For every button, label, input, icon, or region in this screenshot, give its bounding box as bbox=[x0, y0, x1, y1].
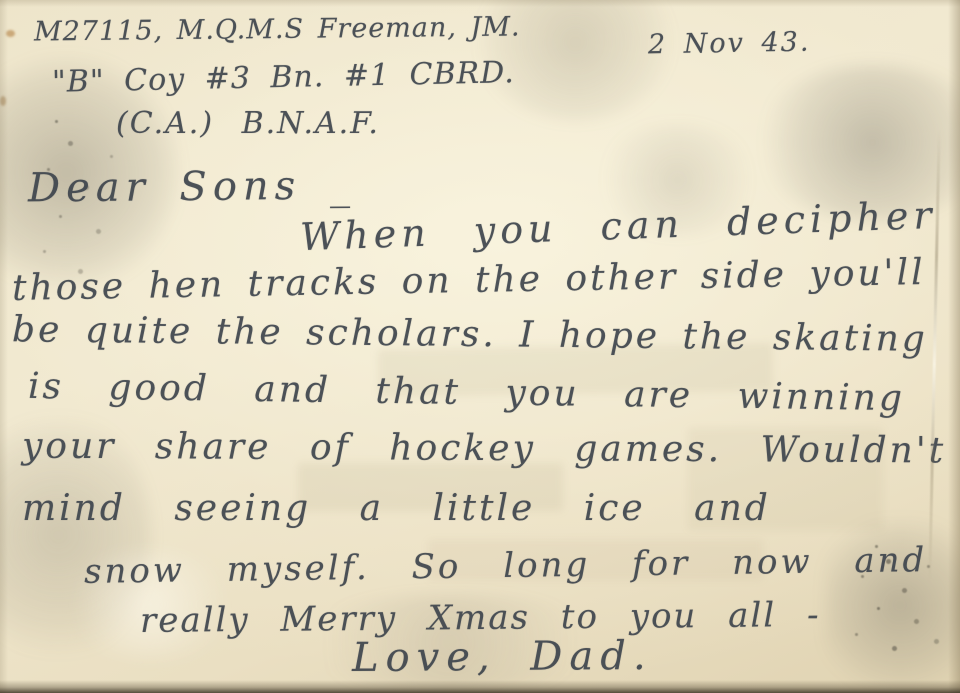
handwriting-line-service-number: M27115, M.Q.M.S Freeman, JM. bbox=[34, 11, 521, 47]
handwriting-signoff: Love, Dad. bbox=[352, 633, 653, 681]
handwriting-line: mind seeing a little ice and bbox=[22, 488, 771, 529]
paper-edge-bottom bbox=[0, 680, 960, 693]
paper-edge-right bbox=[948, 0, 960, 693]
paper-edge-top bbox=[0, 0, 960, 7]
handwriting-line: be quite the scholars. I hope the skatin… bbox=[12, 309, 928, 360]
handwriting-line: your share of hockey games. Wouldn't bbox=[22, 426, 946, 472]
handwriting-salutation: Dear Sons _ bbox=[28, 163, 356, 212]
postcard-back: M27115, M.Q.M.S Freeman, JM. 2 Nov 43. "… bbox=[0, 0, 960, 693]
handwriting-line: those hen tracks on the other side you'l… bbox=[12, 252, 926, 309]
handwriting-line: snow myself. So long for now and bbox=[84, 540, 928, 592]
handwriting-date: 2 Nov 43. bbox=[648, 27, 811, 61]
paper-edge-left bbox=[0, 0, 8, 693]
handwriting-line-unit: "B" Coy #3 Bn. #1 CBRD. bbox=[52, 55, 515, 100]
handwriting-line: is good and that you are winning bbox=[28, 366, 905, 419]
handwriting-line-force: (C.A.) B.N.A.F. bbox=[116, 106, 380, 141]
speckle-cluster-top-left bbox=[55, 120, 58, 123]
